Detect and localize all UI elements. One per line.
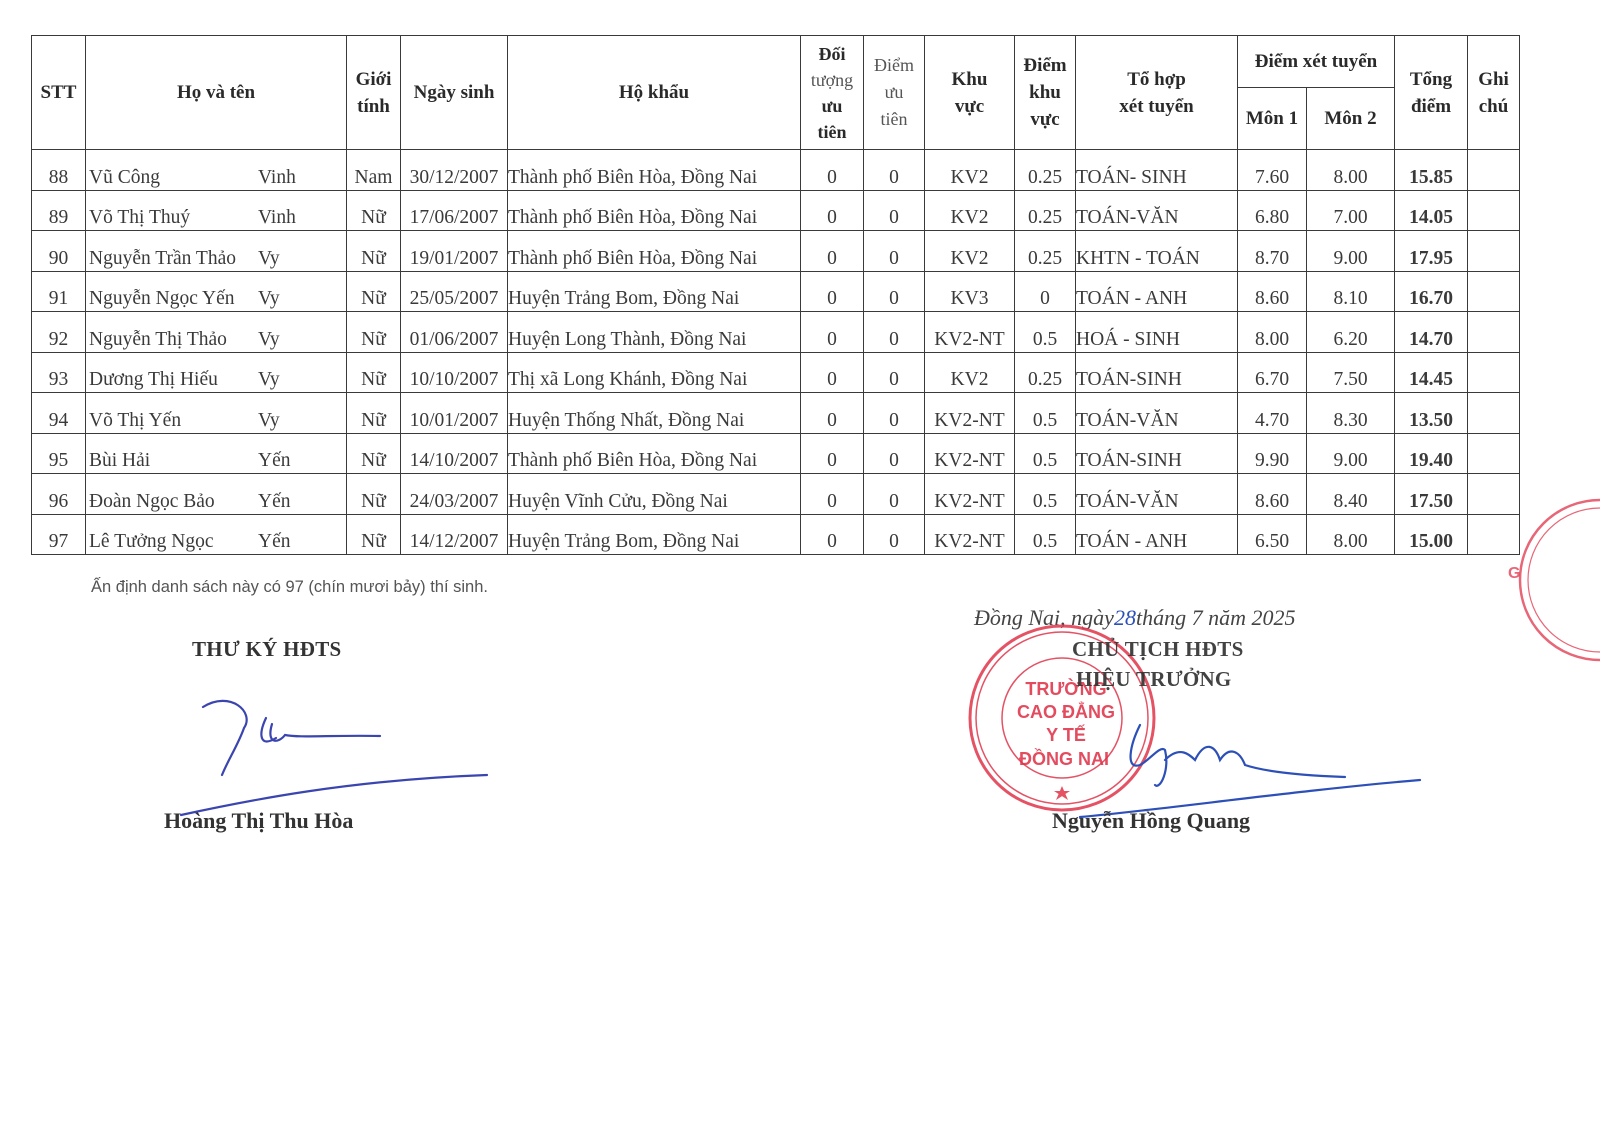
secretary-name: Hoàng Thị Thu Hòa <box>164 808 353 834</box>
header-region: Khuvực <box>925 36 1015 150</box>
gender-cell: Nữ <box>347 474 401 515</box>
gender-cell: Nữ <box>347 271 401 312</box>
row-number-cell: 89 <box>32 190 86 231</box>
residence-cell: Thị xã Long Khánh, Đồng Nai <box>508 352 801 393</box>
priority-group-cell: 0 <box>801 352 864 393</box>
region-score-cell: 0.25 <box>1015 352 1076 393</box>
svg-text:ĐỒNG NAI: ĐỒNG NAI <box>1019 748 1109 769</box>
total-score-cell: 17.50 <box>1395 474 1468 515</box>
subject-combo-cell: TOÁN - ANH <box>1076 271 1238 312</box>
given-name: Vy <box>258 288 314 310</box>
priority-group-cell: 0 <box>801 231 864 272</box>
notes-cell <box>1468 474 1520 515</box>
region-cell: KV2 <box>925 150 1015 191</box>
table-row: 90Nguyễn Trần ThảoVyNữ19/01/2007Thành ph… <box>32 231 1520 272</box>
candidate-table: STT Họ và tên Giớitính Ngày sinh Hộ khẩu… <box>31 35 1520 555</box>
priority-score-cell: 0 <box>864 150 925 191</box>
total-score-cell: 14.70 <box>1395 312 1468 353</box>
full-name-cell: Bùi HảiYến <box>86 433 347 474</box>
svg-text:CAO ĐẲNG: CAO ĐẲNG <box>1017 701 1115 722</box>
residence-cell: Huyện Trảng Bom, Đồng Nai <box>508 271 801 312</box>
header-gender: Giớitính <box>347 36 401 150</box>
residence-cell: Huyện Thống Nhất, Đồng Nai <box>508 393 801 434</box>
region-score-cell: 0 <box>1015 271 1076 312</box>
subject-combo-cell: HOÁ - SINH <box>1076 312 1238 353</box>
birth-date-cell: 25/05/2007 <box>401 271 508 312</box>
subject-2-score-cell: 9.00 <box>1307 231 1395 272</box>
priority-score-cell: 0 <box>864 190 925 231</box>
priority-score-cell: 0 <box>864 352 925 393</box>
given-name: Vy <box>258 369 314 391</box>
subject-2-score-cell: 6.20 <box>1307 312 1395 353</box>
surname: Nguyễn Thị Thảo <box>89 329 227 351</box>
table-row: 97Lê Tưởng NgọcYếnNữ14/12/2007Huyện Trản… <box>32 514 1520 555</box>
header-subject-2: Môn 2 <box>1307 88 1395 150</box>
given-name: Yến <box>258 450 314 472</box>
chairman-signature-icon <box>1080 725 1420 817</box>
subject-2-score-cell: 7.50 <box>1307 352 1395 393</box>
table-row: 94Võ Thị YếnVyNữ10/01/2007Huyện Thống Nh… <box>32 393 1520 434</box>
subject-1-score-cell: 4.70 <box>1238 393 1307 434</box>
residence-cell: Huyện Trảng Bom, Đồng Nai <box>508 514 801 555</box>
gender-cell: Nữ <box>347 352 401 393</box>
document-page: STT Họ và tên Giớitính Ngày sinh Hộ khẩu… <box>0 0 1600 1132</box>
region-cell: KV2-NT <box>925 312 1015 353</box>
region-score-cell: 0.5 <box>1015 433 1076 474</box>
surname: Nguyễn Trần Thảo <box>89 248 236 270</box>
notes-cell <box>1468 312 1520 353</box>
birth-date-cell: 14/10/2007 <box>401 433 508 474</box>
birth-date-cell: 30/12/2007 <box>401 150 508 191</box>
region-score-cell: 0.5 <box>1015 312 1076 353</box>
total-score-cell: 15.85 <box>1395 150 1468 191</box>
table-row: 93Dương Thị HiếuVyNữ10/10/2007Thị xã Lon… <box>32 352 1520 393</box>
surname: Bùi Hải <box>89 450 150 472</box>
total-score-cell: 16.70 <box>1395 271 1468 312</box>
header-birth-date: Ngày sinh <box>401 36 508 150</box>
table-row: 88Vũ CôngVinhNam30/12/2007Thành phố Biên… <box>32 150 1520 191</box>
place-and-date: Đồng Nai, ngày28tháng 7 năm 2025 <box>974 605 1295 631</box>
surname: Dương Thị Hiếu <box>89 369 218 391</box>
gender-cell: Nữ <box>347 393 401 434</box>
priority-score-cell: 0 <box>864 514 925 555</box>
header-residence: Hộ khẩu <box>508 36 801 150</box>
svg-text:G: G <box>1508 565 1520 582</box>
birth-date-cell: 14/12/2007 <box>401 514 508 555</box>
full-name-cell: Vũ CôngVinh <box>86 150 347 191</box>
table-row: 91Nguyễn Ngọc YếnVyNữ25/05/2007Huyện Trả… <box>32 271 1520 312</box>
residence-cell: Thành phố Biên Hòa, Đồng Nai <box>508 150 801 191</box>
gender-cell: Nữ <box>347 312 401 353</box>
subject-2-score-cell: 8.00 <box>1307 150 1395 191</box>
priority-score-cell: 0 <box>864 231 925 272</box>
residence-cell: Thành phố Biên Hòa, Đồng Nai <box>508 190 801 231</box>
priority-group-cell: 0 <box>801 393 864 434</box>
priority-group-cell: 0 <box>801 433 864 474</box>
full-name-cell: Nguyễn Ngọc YếnVy <box>86 271 347 312</box>
priority-group-cell: 0 <box>801 271 864 312</box>
full-name-cell: Dương Thị HiếuVy <box>86 352 347 393</box>
list-confirmation-note: Ấn định danh sách này có 97 (chín mươi b… <box>91 578 488 597</box>
surname: Đoàn Ngọc Bảo <box>89 491 215 513</box>
total-score-cell: 14.45 <box>1395 352 1468 393</box>
subject-2-score-cell: 8.40 <box>1307 474 1395 515</box>
row-number-cell: 97 <box>32 514 86 555</box>
notes-cell <box>1468 514 1520 555</box>
row-number-cell: 96 <box>32 474 86 515</box>
chairman-title: CHỦ TỊCH HĐTS <box>1072 637 1244 662</box>
subject-2-score-cell: 9.00 <box>1307 433 1395 474</box>
full-name-cell: Nguyễn Thị ThảoVy <box>86 312 347 353</box>
residence-cell: Huyện Vĩnh Cửu, Đồng Nai <box>508 474 801 515</box>
subject-combo-cell: TOÁN- SINH <box>1076 150 1238 191</box>
subject-1-score-cell: 9.90 <box>1238 433 1307 474</box>
table-row: 89Võ Thị ThuýVinhNữ17/06/2007Thành phố B… <box>32 190 1520 231</box>
birth-date-cell: 19/01/2007 <box>401 231 508 272</box>
header-subject-combo: Tổ hợpxét tuyển <box>1076 36 1238 150</box>
notes-cell <box>1468 433 1520 474</box>
full-name-cell: Võ Thị ThuýVinh <box>86 190 347 231</box>
subject-1-score-cell: 6.50 <box>1238 514 1307 555</box>
residence-cell: Huyện Long Thành, Đồng Nai <box>508 312 801 353</box>
subject-1-score-cell: 8.60 <box>1238 271 1307 312</box>
notes-cell <box>1468 352 1520 393</box>
header-priority-group: Đốitượngưutiên <box>801 36 864 150</box>
priority-group-cell: 0 <box>801 190 864 231</box>
surname: Vũ Công <box>89 167 160 189</box>
total-score-cell: 17.95 <box>1395 231 1468 272</box>
row-number-cell: 90 <box>32 231 86 272</box>
priority-group-cell: 0 <box>801 150 864 191</box>
header-admission-scores: Điểm xét tuyển <box>1238 36 1395 88</box>
full-name-cell: Lê Tưởng NgọcYến <box>86 514 347 555</box>
surname: Lê Tưởng Ngọc <box>89 531 214 553</box>
surname: Nguyễn Ngọc Yến <box>89 288 235 310</box>
region-cell: KV2 <box>925 352 1015 393</box>
given-name: Vy <box>258 329 314 351</box>
surname: Võ Thị Thuý <box>89 207 190 229</box>
birth-date-cell: 24/03/2007 <box>401 474 508 515</box>
header-stt: STT <box>32 36 86 150</box>
row-number-cell: 92 <box>32 312 86 353</box>
table-row: 96Đoàn Ngọc BảoYếnNữ24/03/2007Huyện Vĩnh… <box>32 474 1520 515</box>
region-score-cell: 0.5 <box>1015 514 1076 555</box>
subject-1-score-cell: 6.80 <box>1238 190 1307 231</box>
region-cell: KV2 <box>925 190 1015 231</box>
surname: Võ Thị Yến <box>89 410 181 432</box>
notes-cell <box>1468 271 1520 312</box>
subject-2-score-cell: 7.00 <box>1307 190 1395 231</box>
region-cell: KV2 <box>925 231 1015 272</box>
gender-cell: Nam <box>347 150 401 191</box>
table-row: 95Bùi HảiYếnNữ14/10/2007Thành phố Biên H… <box>32 433 1520 474</box>
region-cell: KV2-NT <box>925 474 1015 515</box>
subject-1-score-cell: 8.00 <box>1238 312 1307 353</box>
given-name: Vinh <box>258 207 314 229</box>
birth-date-cell: 01/06/2007 <box>401 312 508 353</box>
row-number-cell: 91 <box>32 271 86 312</box>
notes-cell <box>1468 393 1520 434</box>
row-number-cell: 95 <box>32 433 86 474</box>
secretary-signature-icon <box>181 701 487 815</box>
given-name: Vinh <box>258 167 314 189</box>
residence-cell: Thành phố Biên Hòa, Đồng Nai <box>508 433 801 474</box>
header-full-name: Họ và tên <box>86 36 347 150</box>
given-name: Vy <box>258 410 314 432</box>
header-total-score: Tổngđiểm <box>1395 36 1468 150</box>
given-name: Vy <box>258 248 314 270</box>
notes-cell <box>1468 150 1520 191</box>
notes-cell <box>1468 231 1520 272</box>
residence-cell: Thành phố Biên Hòa, Đồng Nai <box>508 231 801 272</box>
region-score-cell: 0.25 <box>1015 150 1076 191</box>
handwritten-day: 28 <box>1114 605 1136 630</box>
subject-1-score-cell: 6.70 <box>1238 352 1307 393</box>
subject-combo-cell: TOÁN-SINH <box>1076 352 1238 393</box>
row-number-cell: 94 <box>32 393 86 434</box>
header-notes: Ghichú <box>1468 36 1520 150</box>
gender-cell: Nữ <box>347 231 401 272</box>
birth-date-cell: 17/06/2007 <box>401 190 508 231</box>
subject-combo-cell: KHTN - TOÁN <box>1076 231 1238 272</box>
subject-combo-cell: TOÁN-SINH <box>1076 433 1238 474</box>
full-name-cell: Đoàn Ngọc BảoYến <box>86 474 347 515</box>
given-name: Yến <box>258 491 314 513</box>
subject-combo-cell: TOÁN-VĂN <box>1076 190 1238 231</box>
given-name: Yến <box>258 531 314 553</box>
subject-combo-cell: TOÁN-VĂN <box>1076 393 1238 434</box>
priority-group-cell: 0 <box>801 474 864 515</box>
principal-title: HIỆU TRƯỞNG <box>1076 667 1232 692</box>
region-score-cell: 0.5 <box>1015 474 1076 515</box>
subject-1-score-cell: 8.60 <box>1238 474 1307 515</box>
header-priority-score: Điểmưutiên <box>864 36 925 150</box>
header-region-score: Điểmkhuvực <box>1015 36 1076 150</box>
region-cell: KV3 <box>925 271 1015 312</box>
subject-2-score-cell: 8.10 <box>1307 271 1395 312</box>
region-score-cell: 0.25 <box>1015 231 1076 272</box>
priority-group-cell: 0 <box>801 312 864 353</box>
priority-group-cell: 0 <box>801 514 864 555</box>
row-number-cell: 88 <box>32 150 86 191</box>
total-score-cell: 14.05 <box>1395 190 1468 231</box>
region-score-cell: 0.25 <box>1015 190 1076 231</box>
region-cell: KV2-NT <box>925 393 1015 434</box>
gender-cell: Nữ <box>347 433 401 474</box>
chairman-name: Nguyễn Hồng Quang <box>1052 808 1250 834</box>
subject-2-score-cell: 8.30 <box>1307 393 1395 434</box>
birth-date-cell: 10/01/2007 <box>401 393 508 434</box>
region-cell: KV2-NT <box>925 433 1015 474</box>
birth-date-cell: 10/10/2007 <box>401 352 508 393</box>
priority-score-cell: 0 <box>864 433 925 474</box>
subject-1-score-cell: 7.60 <box>1238 150 1307 191</box>
secretary-title: THƯ KÝ HĐTS <box>192 637 342 662</box>
header-subject-1: Môn 1 <box>1238 88 1307 150</box>
table-row: 92Nguyễn Thị ThảoVyNữ01/06/2007Huyện Lon… <box>32 312 1520 353</box>
subject-2-score-cell: 8.00 <box>1307 514 1395 555</box>
row-number-cell: 93 <box>32 352 86 393</box>
priority-score-cell: 0 <box>864 271 925 312</box>
subject-combo-cell: TOÁN - ANH <box>1076 514 1238 555</box>
full-name-cell: Võ Thị YếnVy <box>86 393 347 434</box>
gender-cell: Nữ <box>347 190 401 231</box>
gender-cell: Nữ <box>347 514 401 555</box>
total-score-cell: 15.00 <box>1395 514 1468 555</box>
subject-1-score-cell: 8.70 <box>1238 231 1307 272</box>
total-score-cell: 19.40 <box>1395 433 1468 474</box>
svg-text:Y TẾ: Y TẾ <box>1046 724 1086 745</box>
priority-score-cell: 0 <box>864 393 925 434</box>
partial-stamp-icon <box>1520 500 1600 660</box>
full-name-cell: Nguyễn Trần ThảoVy <box>86 231 347 272</box>
total-score-cell: 13.50 <box>1395 393 1468 434</box>
region-score-cell: 0.5 <box>1015 393 1076 434</box>
priority-score-cell: 0 <box>864 312 925 353</box>
subject-combo-cell: TOÁN-VĂN <box>1076 474 1238 515</box>
priority-score-cell: 0 <box>864 474 925 515</box>
region-cell: KV2-NT <box>925 514 1015 555</box>
notes-cell <box>1468 190 1520 231</box>
